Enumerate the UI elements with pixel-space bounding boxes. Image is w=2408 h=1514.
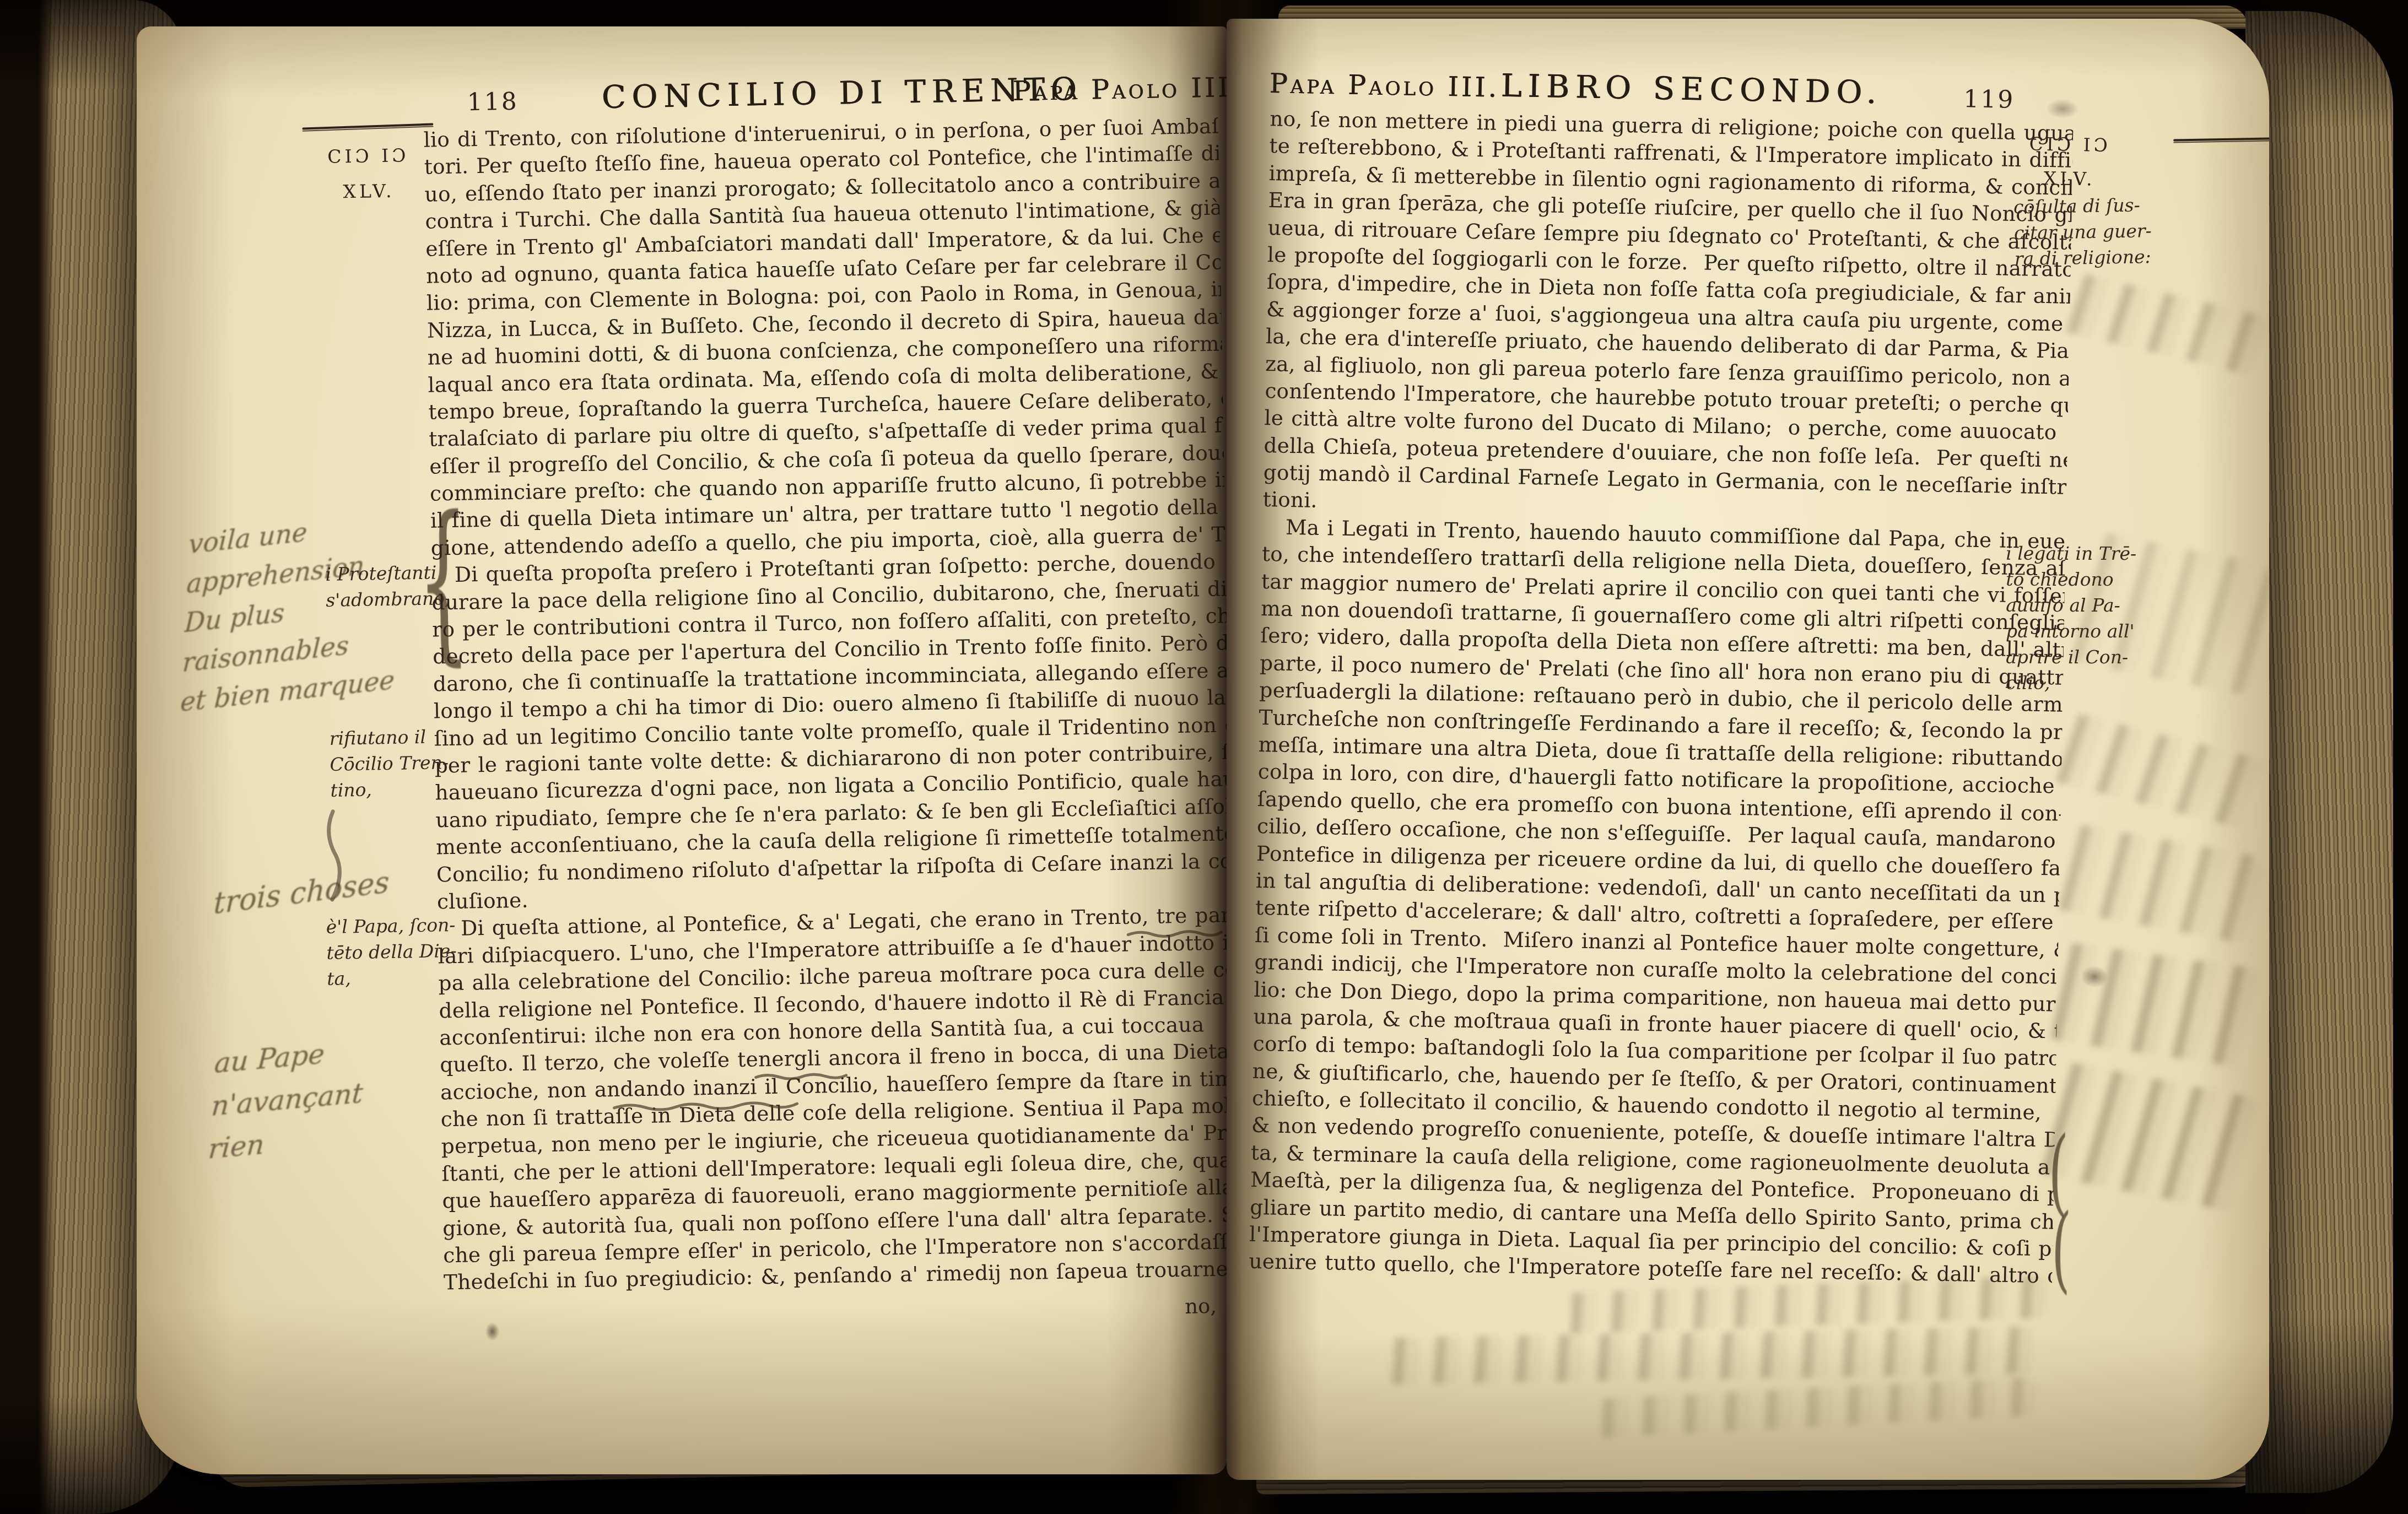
handwritten-note-trois-choses: trois choses [213, 865, 390, 921]
bleed-through [1587, 1377, 2040, 1439]
right-body-text: no, ſe non mettere in piedi una guerra d… [1249, 105, 2074, 1299]
ink-underline-tre-parti [1126, 928, 1223, 939]
left-body-text: lio di Trento, con riſolutione d'interue… [423, 113, 1227, 1300]
text-line: rifiutano il [329, 723, 448, 751]
text-line: Cōcilio Tren- [330, 749, 449, 777]
ink-speck [485, 1322, 500, 1341]
left-page: 118 CONCILIO DI TRENTO Papa Paolo III. C… [137, 26, 1227, 1474]
right-running-title-papa: Papa Paolo III. [1269, 68, 1499, 104]
ink-underline-tenergli [754, 1072, 848, 1082]
bleed-through [2046, 710, 2266, 830]
left-running-title-papa: Papa Paolo III. [1012, 72, 1227, 107]
book-scan: 118 CONCILIO DI TRENTO Papa Paolo III. C… [0, 0, 2408, 1514]
bleed-through [2034, 1059, 2262, 1213]
margin-note-rifiutano: rifiutano ilCōcilio Tren-tino, [329, 723, 449, 803]
bleed-through [2043, 940, 2262, 1068]
pen-flourish [321, 809, 344, 903]
right-page-number: 119 [1963, 85, 2015, 114]
left-margin-year: CIƆ IƆ XLV. [305, 138, 433, 210]
right-page-content: Papa Paolo III. LIBRO SECONDO. 119 CIƆ I… [1227, 19, 2269, 1480]
left-page-content: 118 CONCILIO DI TRENTO Papa Paolo III. C… [137, 26, 1227, 1474]
margin-rule [302, 123, 433, 129]
handwritten-note-au-pape: au Papen'avançantrien [207, 1029, 368, 1170]
bleed-through [2050, 822, 2264, 944]
ink-paren: ( [2050, 1197, 2072, 1302]
left-page-number: 118 [467, 88, 519, 117]
right-page: Papa Paolo III. LIBRO SECONDO. 119 CIƆ I… [1227, 19, 2269, 1480]
bleed-through [1379, 1327, 2041, 1385]
right-running-title: LIBRO SECONDO. [1500, 68, 1882, 111]
margin-rule [2173, 137, 2269, 141]
left-catchword: no, [445, 1294, 1217, 1331]
text-line: tino, [330, 775, 449, 803]
ink-blot [2046, 99, 2080, 119]
text-line: trois choses [213, 865, 390, 921]
bleed-through [2055, 271, 2269, 377]
left-running-title: CONCILIO DI TRENTO [601, 71, 1083, 116]
